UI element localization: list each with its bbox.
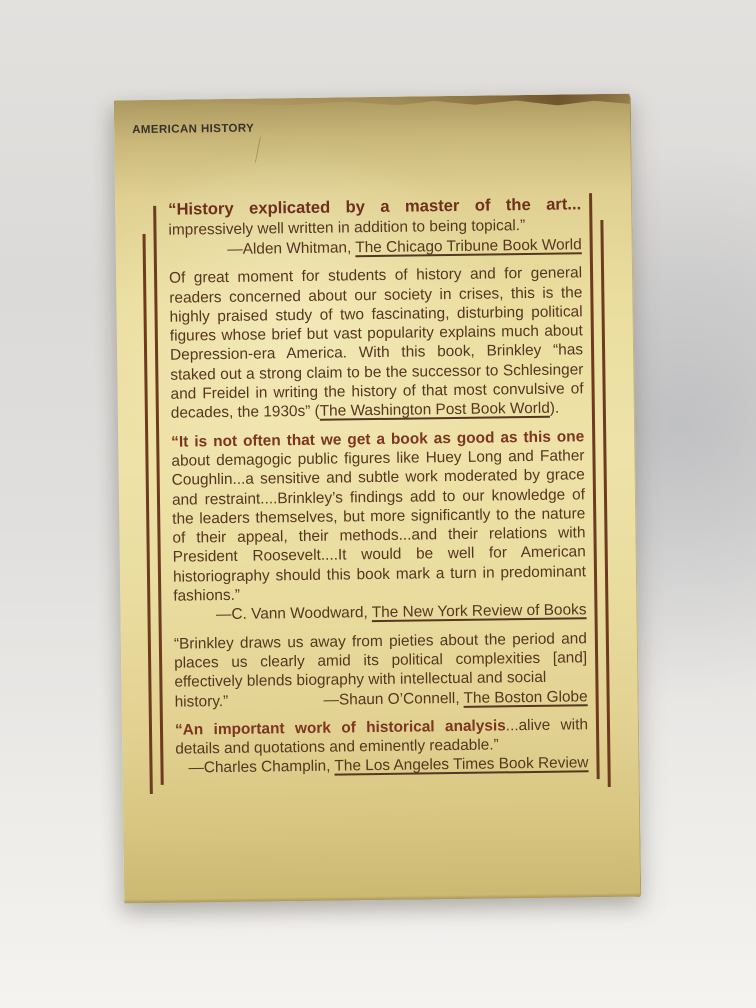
blurb-text-block: “History explicated by a master of the a… [168,193,589,787]
quote-4-lead: “An important work of historical analysi… [175,717,506,738]
quote-1-attribution-name: —Alden Whitman, [227,239,355,258]
quote-4-attribution-source: The Los Angeles Times Book Review [334,755,588,775]
quote-2-attribution: —C. Vann Woodward, The New York Review o… [173,601,586,626]
quote-2-attribution-name: —C. Vann Woodward, [216,604,372,623]
frame-rule-left-inner [153,206,164,785]
quote-2-body: about demagogic public figures like Huey… [171,447,586,604]
quote-4-attribution-name: —Charles Champlin, [188,758,334,777]
frame-rule-left-outer [143,234,153,794]
frame-rule-right-outer [600,220,610,787]
quote-3-last-word: history.” [175,692,229,712]
quote-3-attribution-name: —Shaun O’Connell, [323,689,463,708]
worn-top-edge [114,94,630,113]
quote-1-attribution-source: The Chicago Tribune Book World [355,236,582,256]
publisher-review-paragraph: Of great moment for students of history … [169,264,584,424]
review-source: The Washington Post Book World [320,400,550,420]
quote-3-attribution-source: The Boston Globe [463,688,587,707]
page-block-edge [124,893,640,904]
quote-4-attribution: —Charles Champlin, The Los Angeles Times… [175,754,588,779]
quote-3-paragraph: “Brinkley draws us away from pieties abo… [174,629,588,692]
review-text-after: ). [550,400,560,417]
category-label: AMERICAN HISTORY [132,123,254,137]
quote-1-attribution: —Alden Whitman, The Chicago Tribune Book… [169,235,582,260]
photo-backdrop: AMERICAN HISTORY “History explicated by … [0,0,756,1008]
book-back-cover: AMERICAN HISTORY “History explicated by … [114,94,641,904]
quote-3-attribution: —Shaun O’Connell, The Boston Globe [323,687,587,710]
quote-1: “History explicated by a master of the a… [168,193,582,260]
quote-3-body: “Brinkley draws us away from pieties abo… [174,630,587,691]
quote-2-paragraph: “It is not often that we get a book as g… [171,427,586,606]
frame-rule-right-inner [589,193,600,779]
quote-4-paragraph: “An important work of historical analysi… [175,715,588,759]
review-text-before: Of great moment for students of history … [169,265,584,422]
cover-crease [255,137,261,163]
quote-2-lead: “It is not often that we get a book as g… [171,428,584,450]
quote-2-attribution-source: The New York Review of Books [372,602,587,622]
